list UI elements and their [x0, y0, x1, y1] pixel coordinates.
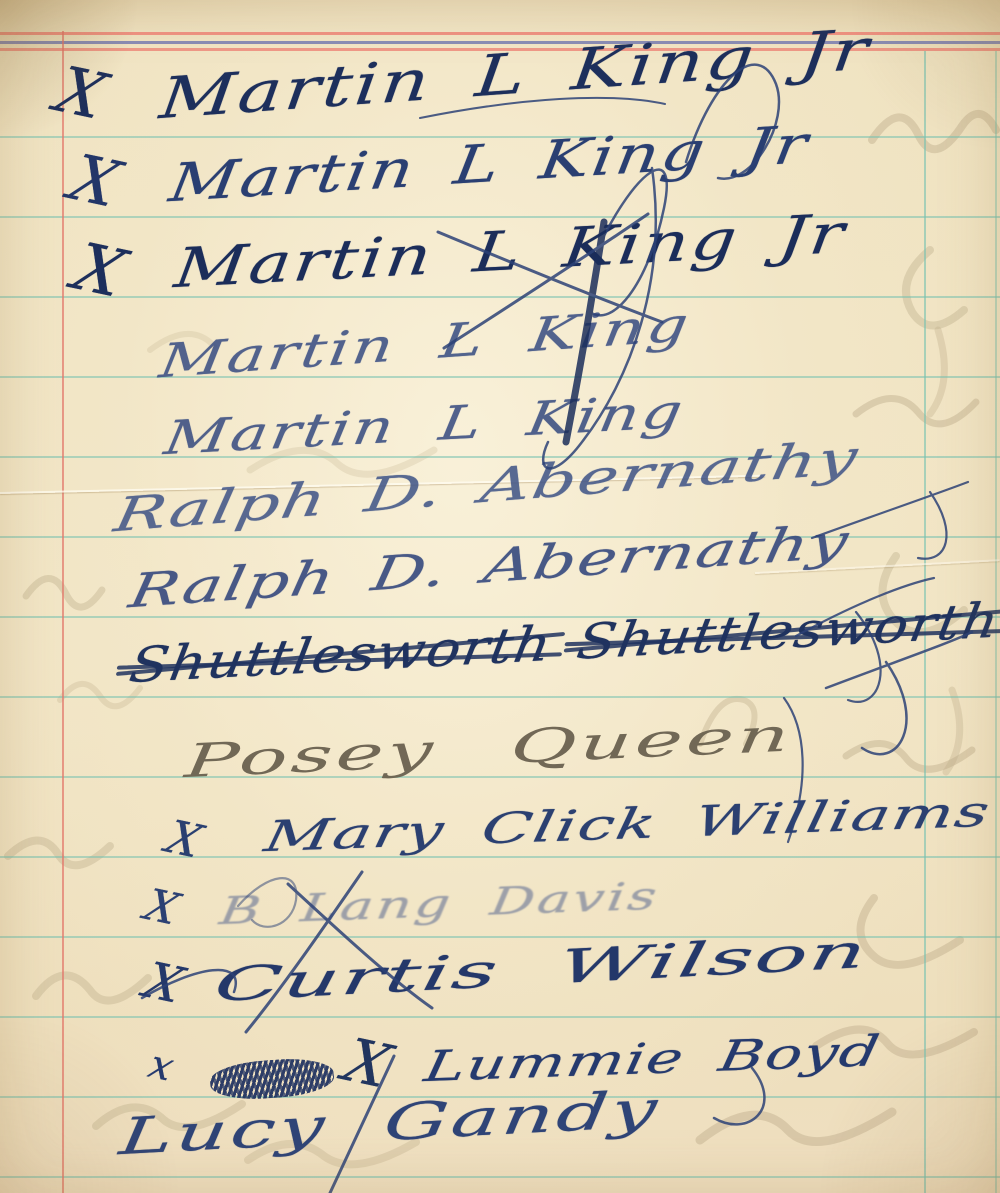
- x-marker: X: [49, 59, 113, 130]
- ledger-page: X Martin L King Jr X Martin L King Jr X …: [0, 0, 1000, 1193]
- signature-martin-l-king-jr-1: Martin L King Jr: [157, 22, 873, 128]
